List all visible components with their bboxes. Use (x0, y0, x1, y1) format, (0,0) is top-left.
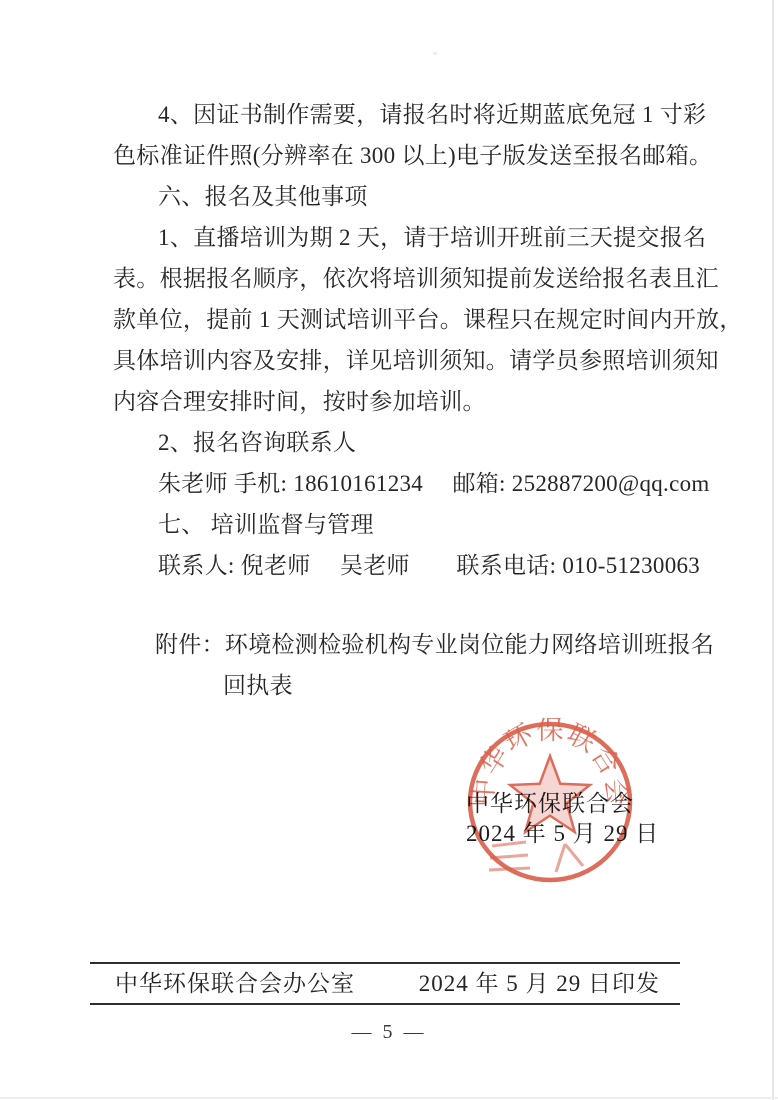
contact-line: 联系人: 倪老师 吴老师 联系电话: 010-51230063 (113, 545, 669, 586)
footer-rule-top (90, 962, 680, 964)
doc-line: 1、直播培训为期 2 天，请于培训开班前三天提交报名 (113, 217, 669, 258)
section-heading: 七、 培训监督与管理 (113, 504, 669, 545)
scan-speck (433, 52, 437, 55)
star-icon (510, 756, 590, 832)
body-text: 4、因证书制作需要，请报名时将近期蓝底免冠 1 寸彩 色标准证件照(分辨率在 3… (113, 94, 669, 586)
doc-line: 4、因证书制作需要，请报名时将近期蓝底免冠 1 寸彩 (113, 94, 669, 135)
scan-edge-bottom (0, 1097, 778, 1099)
doc-line: 色标准证件照(分辨率在 300 以上)电子版发送至报名邮箱。 (113, 135, 669, 176)
attachment-note: 附件：环境检测检验机构专业岗位能力网络培训班报名 回执表 (155, 624, 714, 706)
doc-line: 2、报名咨询联系人 (113, 422, 669, 463)
doc-line: 款单位，提前 1 天测试培训平台。课程只在规定时间内开放， (113, 299, 669, 340)
footer-office: 中华环保联合会办公室 (115, 967, 355, 1001)
official-seal: 中华环保联合会 (464, 718, 636, 886)
footer-row: 中华环保联合会办公室 2024 年 5 月 29 日印发 (90, 967, 680, 1001)
attachment-line: 附件：环境检测检验机构专业岗位能力网络培训班报名 (155, 624, 714, 665)
attachment-line: 回执表 (155, 665, 714, 706)
footer-issue-date: 2024 年 5 月 29 日印发 (419, 967, 660, 1001)
scan-edge-right (772, 0, 774, 1100)
section-heading: 六、报名及其他事项 (113, 176, 669, 217)
doc-line: 表。根据报名顺序，依次将培训须知提前发送给报名表且汇 (113, 258, 669, 299)
contact-line: 朱老师 手机: 18610161234 邮箱: 252887200@qq.com (113, 463, 669, 504)
doc-line: 内容合理安排时间，按时参加培训。 (113, 381, 669, 422)
footer-rule-bottom (90, 1003, 680, 1005)
doc-line: 具体培训内容及安排，详见培训须知。请学员参照培训须知 (113, 340, 669, 381)
document-page: 4、因证书制作需要，请报名时将近期蓝底免冠 1 寸彩 色标准证件照(分辨率在 3… (0, 0, 778, 1100)
page-number: — 5 — (0, 1021, 778, 1044)
